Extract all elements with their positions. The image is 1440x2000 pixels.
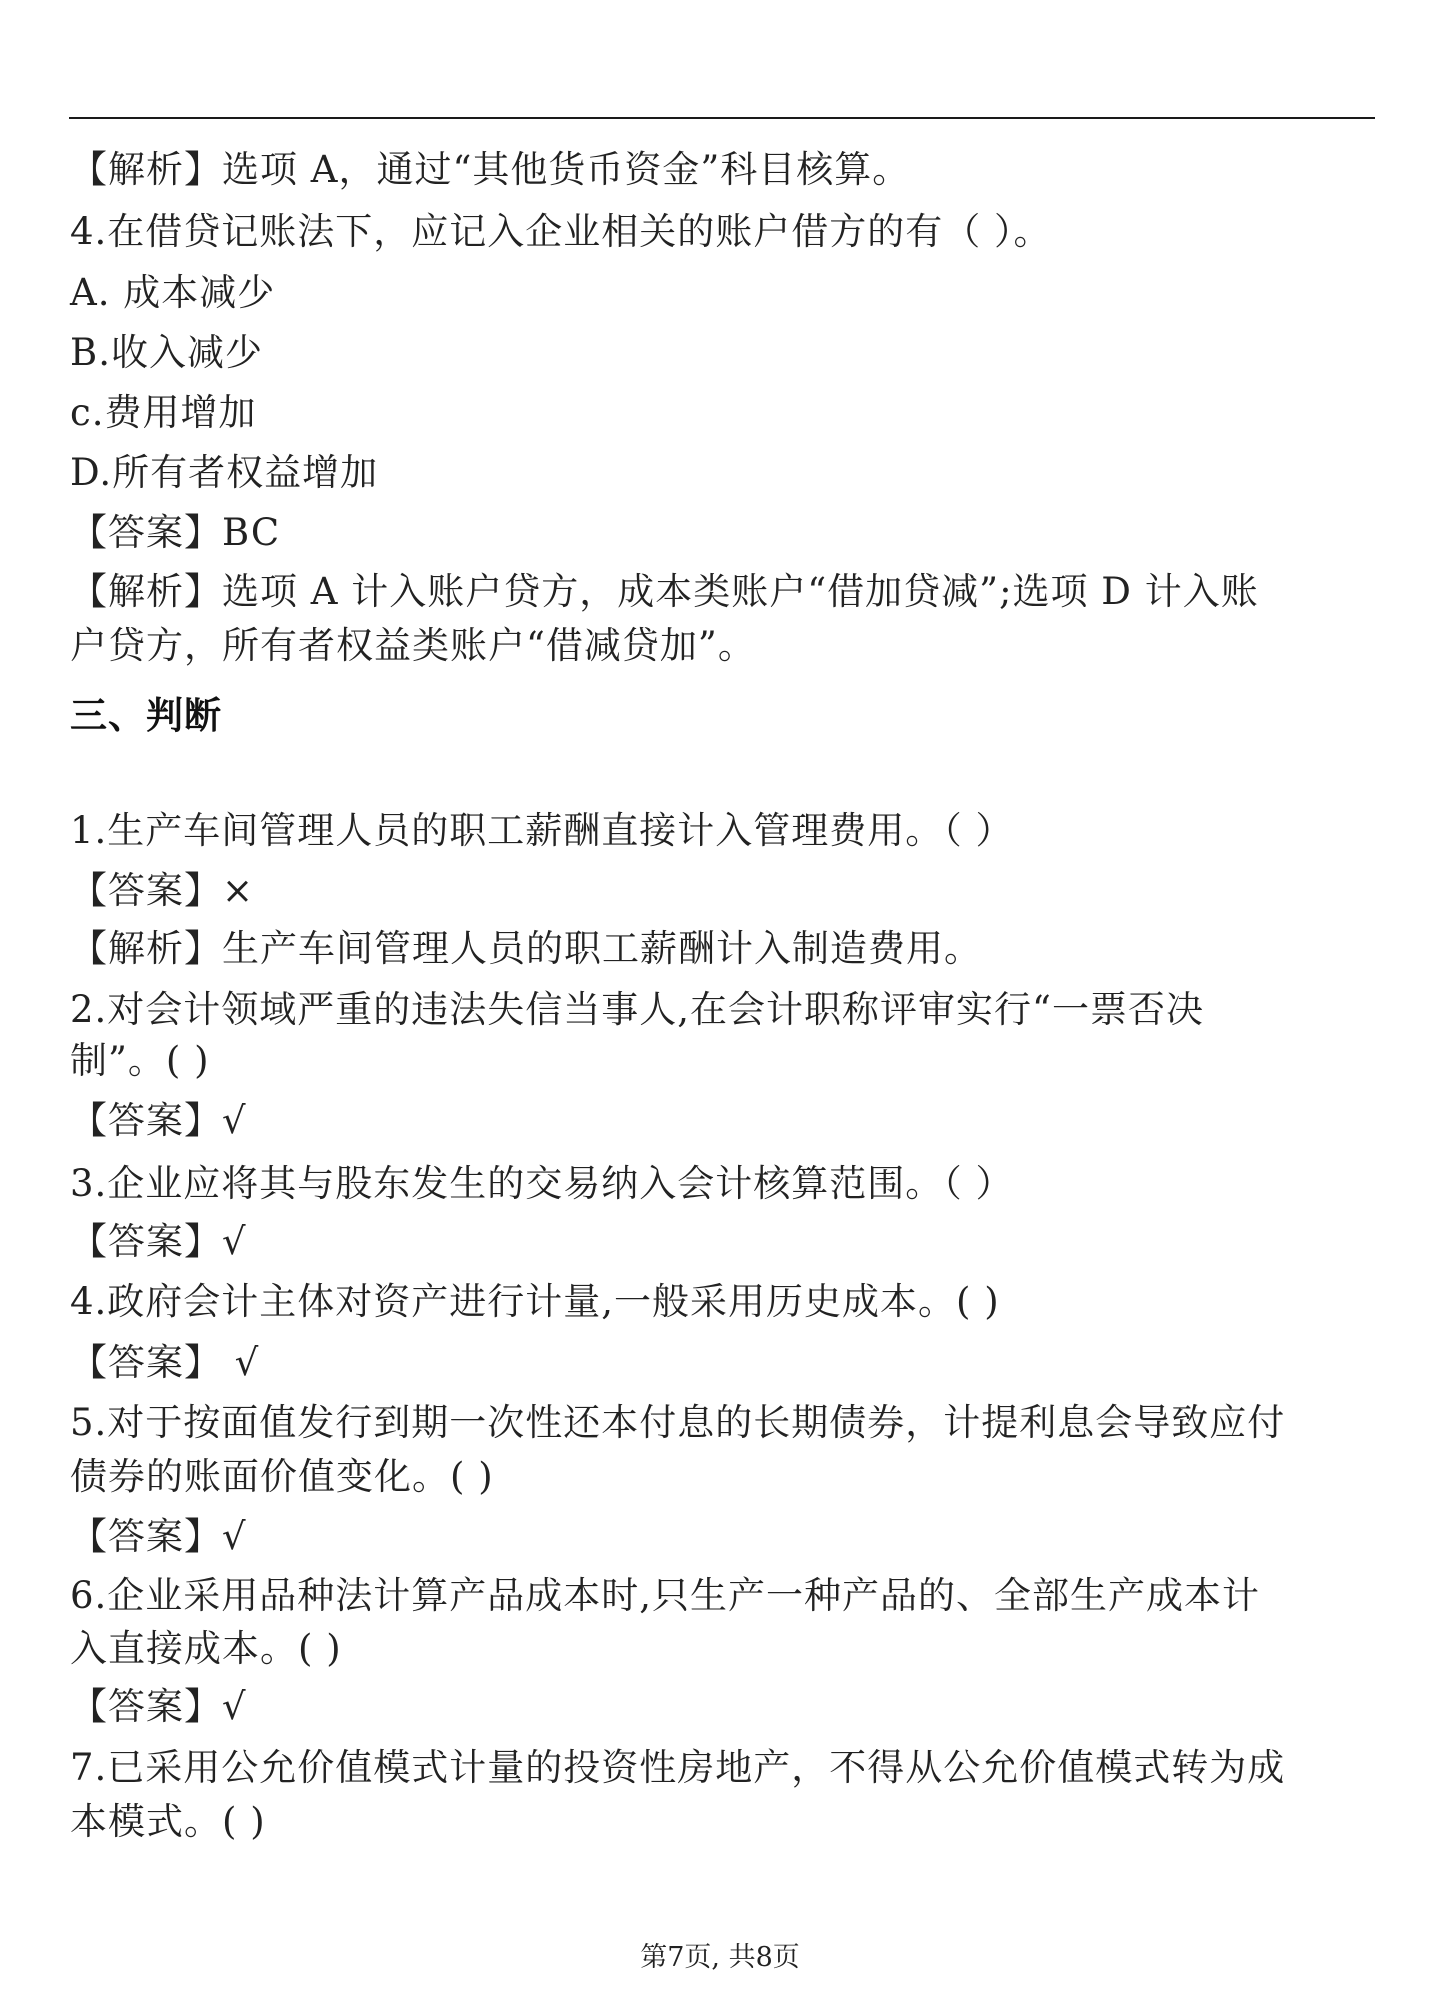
text-line-j6-stem-2: 入直接成本。( ) bbox=[70, 1627, 342, 1671]
text-line-j7-stem-1: 7.已采用公允价值模式计量的投资性房地产，不得从公允价值模式转为成 bbox=[70, 1746, 1285, 1790]
text-line-q4-option-d: D.所有者权益增加 bbox=[70, 451, 378, 495]
text-line-q4-analysis-2: 户贷方，所有者权益类账户“借减贷加”。 bbox=[70, 624, 756, 668]
text-line-j3-answer: 【答案】√ bbox=[70, 1220, 247, 1264]
text-line-j7-stem-2: 本模式。( ) bbox=[70, 1800, 266, 1844]
text-line-prev-analysis: 【解析】选项 A，通过“其他货币资金”科目核算。 bbox=[70, 148, 910, 192]
header-rule bbox=[69, 117, 1375, 119]
text-line-j6-stem-1: 6.企业采用品种法计算产品成本时,只生产一种产品的、全部生产成本计 bbox=[70, 1574, 1260, 1618]
text-line-q4-stem: 4.在借贷记账法下，应记入企业相关的账户借方的有（ ）。 bbox=[70, 210, 1052, 254]
text-line-j2-stem-2: 制”。( ) bbox=[70, 1039, 210, 1083]
text-line-q4-answer: 【答案】BC bbox=[70, 511, 280, 555]
section-heading-judgement: 三、判断 bbox=[70, 694, 222, 738]
text-line-j3-stem: 3.企业应将其与股东发生的交易纳入会计核算范围。（ ） bbox=[70, 1162, 1014, 1206]
text-line-q4-option-c: c.费用增加 bbox=[70, 391, 256, 435]
text-line-j5-stem-1: 5.对于按面值发行到期一次性还本付息的长期债券，计提利息会导致应付 bbox=[70, 1401, 1285, 1445]
text-line-j1-analysis: 【解析】生产车间管理人员的职工薪酬计入制造费用。 bbox=[70, 927, 982, 971]
text-line-j2-stem-1: 2.对会计领域严重的违法失信当事人,在会计职称评审实行“一票否决 bbox=[70, 988, 1204, 1032]
text-line-q4-option-b: B.收入减少 bbox=[70, 331, 263, 375]
page-footer: 第7页, 共8页 bbox=[0, 1940, 1440, 1976]
text-line-j2-answer: 【答案】√ bbox=[70, 1099, 247, 1143]
text-line-j4-answer: 【答案】 √ bbox=[70, 1341, 259, 1385]
text-line-j6-answer: 【答案】√ bbox=[70, 1685, 247, 1729]
text-line-j4-stem: 4.政府会计主体对资产进行计量,一般采用历史成本。( ) bbox=[70, 1280, 1000, 1324]
text-line-q4-analysis-1: 【解析】选项 A 计入账户贷方，成本类账户“借加贷减”;选项 D 计入账 bbox=[70, 570, 1259, 614]
text-line-j1-stem: 1.生产车间管理人员的职工薪酬直接计入管理费用。（ ） bbox=[70, 809, 1014, 853]
text-line-j1-answer: 【答案】× bbox=[70, 869, 254, 913]
text-line-j5-answer: 【答案】√ bbox=[70, 1515, 247, 1559]
text-line-j5-stem-2: 债券的账面价值变化。( ) bbox=[70, 1455, 494, 1499]
text-line-q4-option-a: A. 成本减少 bbox=[70, 271, 275, 315]
